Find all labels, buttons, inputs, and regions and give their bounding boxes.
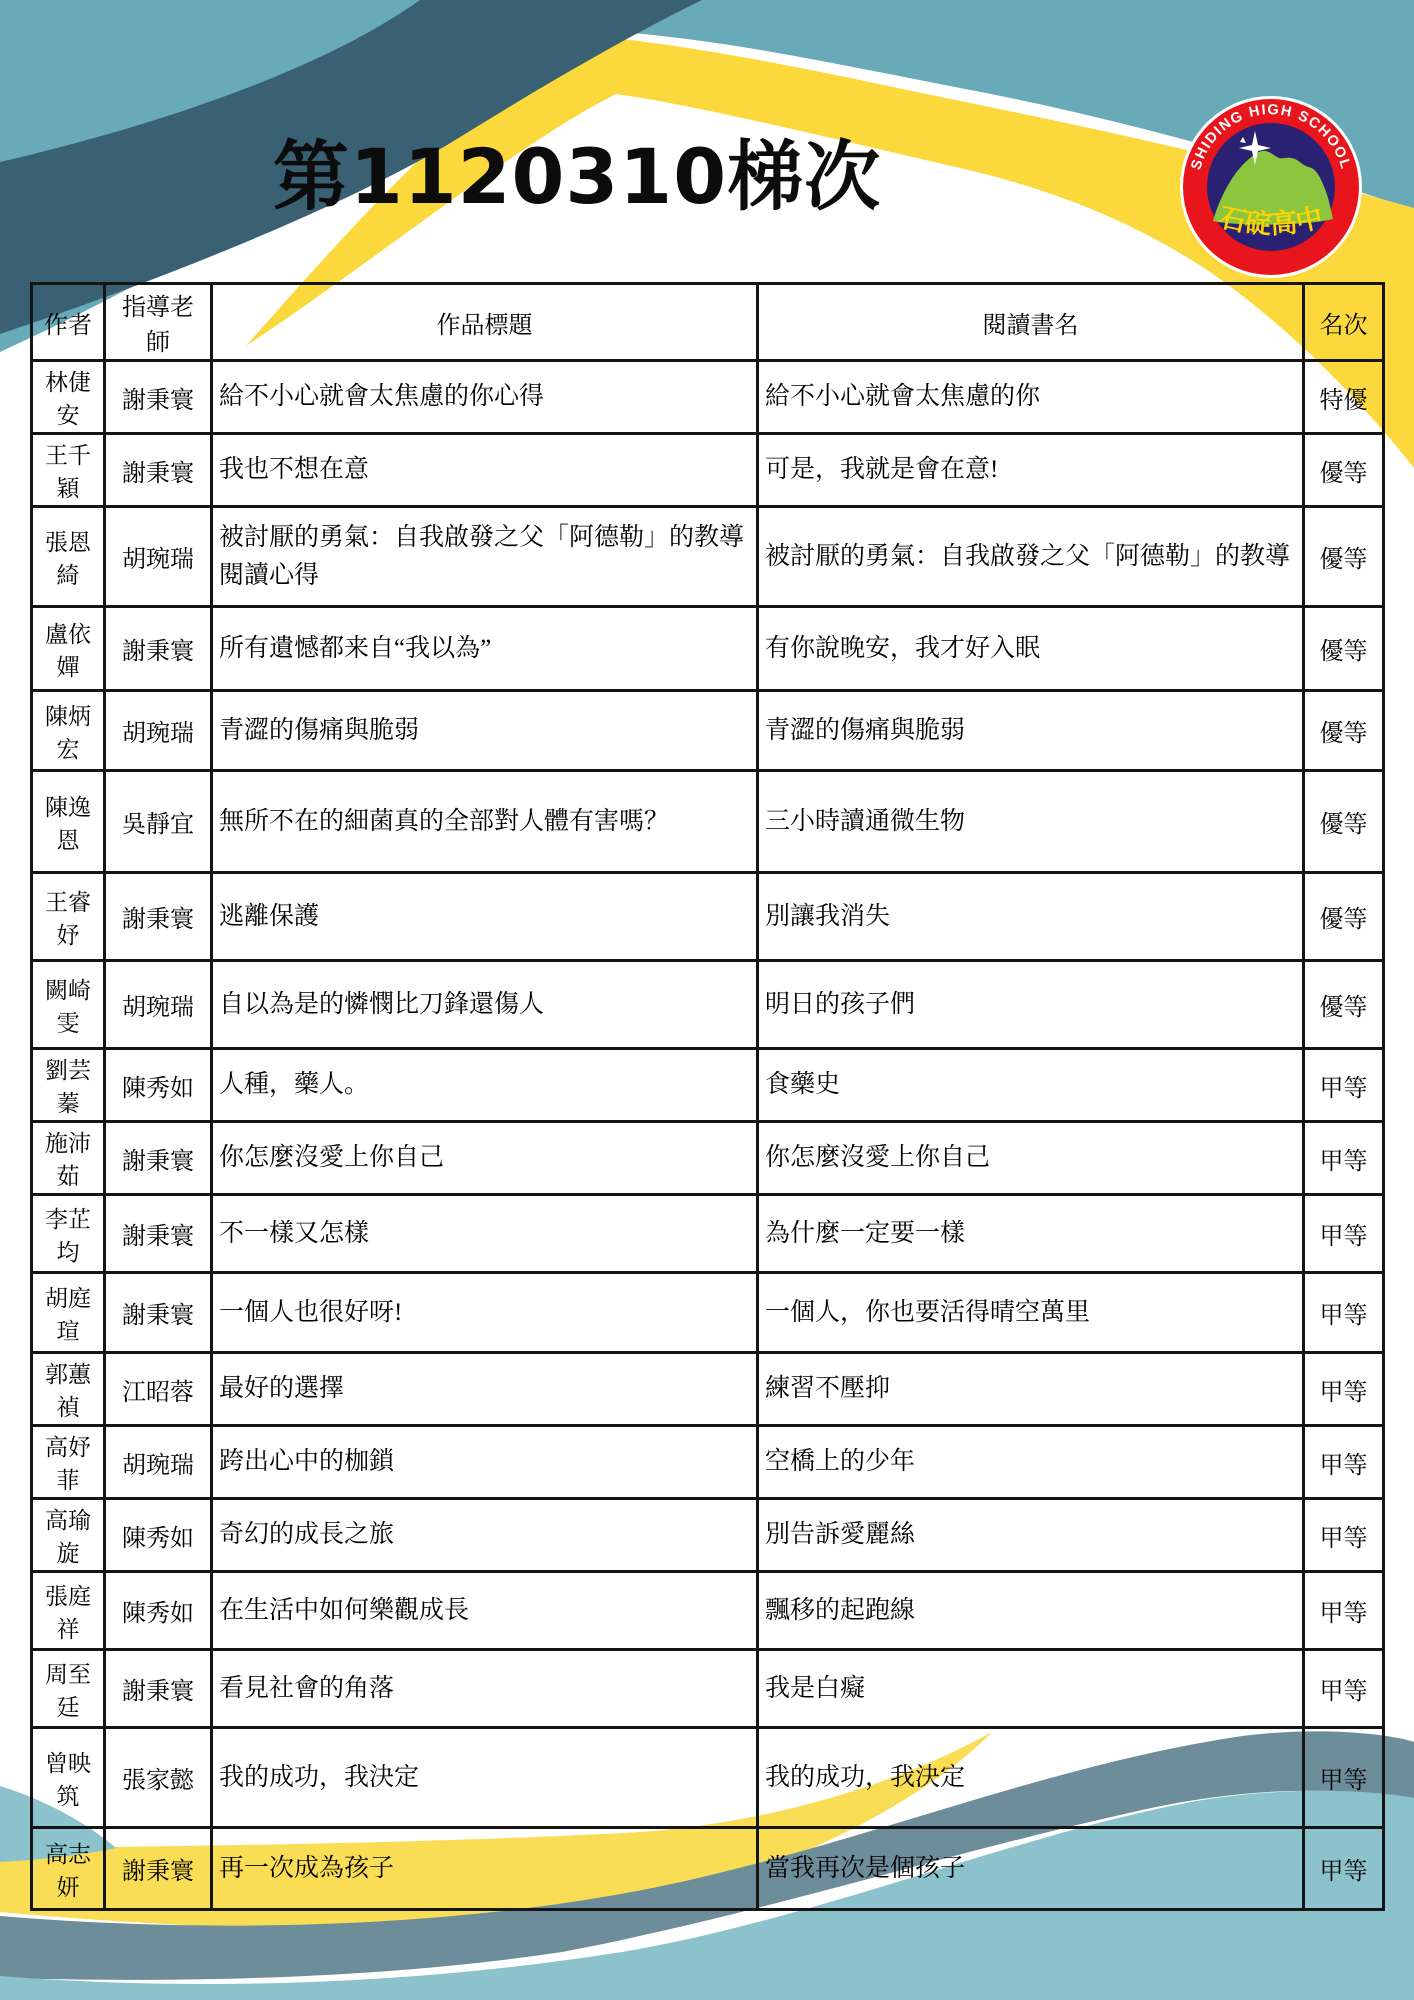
teacher-cell: 謝秉寰 bbox=[105, 1122, 212, 1195]
header-book-title: 閱讀書名 bbox=[758, 284, 1304, 361]
book-title-cell: 別讓我消失 bbox=[758, 873, 1304, 961]
book-title-cell: 我是白癡 bbox=[758, 1650, 1304, 1728]
table-row: 王千穎 謝秉寰 我也不想在意 可是，我就是會在意! 優等 bbox=[32, 434, 1384, 507]
table-row: 陳逸恩 吳靜宜 無所不在的細菌真的全部對人體有害嗎？ 三小時讀通微生物 優等 bbox=[32, 771, 1384, 873]
table-row: 陳炳宏 胡琬瑞 青澀的傷痛與脆弱 青澀的傷痛與脆弱 優等 bbox=[32, 691, 1384, 771]
author-cell: 胡庭瑄 bbox=[32, 1273, 105, 1353]
teacher-cell: 胡琬瑞 bbox=[105, 961, 212, 1049]
book-title-cell: 給不小心就會太焦慮的你 bbox=[758, 361, 1304, 434]
teacher-cell: 吳靜宜 bbox=[105, 771, 212, 873]
book-title-cell: 可是，我就是會在意! bbox=[758, 434, 1304, 507]
book-title-cell: 當我再次是個孩子 bbox=[758, 1828, 1304, 1910]
work-title-cell: 看見社會的角落 bbox=[212, 1650, 758, 1728]
author-cell: 劉芸蓁 bbox=[32, 1049, 105, 1122]
rank-cell: 優等 bbox=[1304, 961, 1384, 1049]
table-row: 闕崎雯 胡琬瑞 自以為是的憐憫比刀鋒還傷人 明日的孩子們 優等 bbox=[32, 961, 1384, 1049]
teacher-cell: 謝秉寰 bbox=[105, 434, 212, 507]
table-row: 曾映筑 張家懿 我的成功，我決定 我的成功，我決定 甲等 bbox=[32, 1728, 1384, 1828]
author-cell: 郭蕙禎 bbox=[32, 1353, 105, 1426]
author-cell: 周至廷 bbox=[32, 1650, 105, 1728]
rank-cell: 甲等 bbox=[1304, 1122, 1384, 1195]
teacher-cell: 陳秀如 bbox=[105, 1572, 212, 1650]
book-title-cell: 我的成功，我決定 bbox=[758, 1728, 1304, 1828]
work-title-cell: 跨出心中的枷鎖 bbox=[212, 1426, 758, 1499]
author-cell: 高志妍 bbox=[32, 1828, 105, 1910]
table-row: 張恩綺 胡琬瑞 被討厭的勇氣：自我啟發之父「阿德勒」的教導 閱讀心得 被討厭的勇… bbox=[32, 507, 1384, 607]
rank-cell: 甲等 bbox=[1304, 1728, 1384, 1828]
table-row: 劉芸蓁 陳秀如 人種，藥人。 食藥史 甲等 bbox=[32, 1049, 1384, 1122]
rank-cell: 特優 bbox=[1304, 361, 1384, 434]
teacher-cell: 謝秉寰 bbox=[105, 1195, 212, 1273]
table-row: 郭蕙禎 江昭蓉 最好的選擇 練習不壓抑 甲等 bbox=[32, 1353, 1384, 1426]
table-row: 高妤菲 胡琬瑞 跨出心中的枷鎖 空橋上的少年 甲等 bbox=[32, 1426, 1384, 1499]
rank-cell: 甲等 bbox=[1304, 1273, 1384, 1353]
teacher-cell: 胡琬瑞 bbox=[105, 507, 212, 607]
rank-cell: 優等 bbox=[1304, 607, 1384, 691]
author-cell: 曾映筑 bbox=[32, 1728, 105, 1828]
rank-cell: 甲等 bbox=[1304, 1572, 1384, 1650]
author-cell: 高瑜旋 bbox=[32, 1499, 105, 1572]
results-table: 作者 指導老師 作品標題 閱讀書名 名次 林倢安 謝秉寰 給不小心就會太焦慮的你… bbox=[30, 282, 1385, 1911]
table-row: 王睿妤 謝秉寰 逃離保護 別讓我消失 優等 bbox=[32, 873, 1384, 961]
book-title-cell: 為什麼一定要一樣 bbox=[758, 1195, 1304, 1273]
teacher-cell: 陳秀如 bbox=[105, 1049, 212, 1122]
author-cell: 施沛茹 bbox=[32, 1122, 105, 1195]
rank-cell: 甲等 bbox=[1304, 1049, 1384, 1122]
work-title-cell: 最好的選擇 bbox=[212, 1353, 758, 1426]
author-cell: 王睿妤 bbox=[32, 873, 105, 961]
book-title-cell: 三小時讀通微生物 bbox=[758, 771, 1304, 873]
table-row: 高志妍 謝秉寰 再一次成為孩子 當我再次是個孩子 甲等 bbox=[32, 1828, 1384, 1910]
work-title-cell: 青澀的傷痛與脆弱 bbox=[212, 691, 758, 771]
rank-cell: 優等 bbox=[1304, 434, 1384, 507]
school-logo: SHIDING HIGH SCHOOL 石碇高中 bbox=[1178, 94, 1364, 280]
header-work-title: 作品標題 bbox=[212, 284, 758, 361]
teacher-cell: 江昭蓉 bbox=[105, 1353, 212, 1426]
work-title-cell: 我的成功，我決定 bbox=[212, 1728, 758, 1828]
rank-cell: 優等 bbox=[1304, 691, 1384, 771]
page-title: 第1120310梯次 bbox=[0, 116, 1154, 225]
author-cell: 高妤菲 bbox=[32, 1426, 105, 1499]
rank-cell: 甲等 bbox=[1304, 1828, 1384, 1910]
teacher-cell: 謝秉寰 bbox=[105, 361, 212, 434]
author-cell: 張庭祥 bbox=[32, 1572, 105, 1650]
work-title-cell: 給不小心就會太焦慮的你心得 bbox=[212, 361, 758, 434]
book-title-cell: 明日的孩子們 bbox=[758, 961, 1304, 1049]
teacher-cell: 陳秀如 bbox=[105, 1499, 212, 1572]
rank-cell: 優等 bbox=[1304, 873, 1384, 961]
page: 第1120310梯次 SHIDING HIGH SCHOOL 石碇高中 作者 指… bbox=[0, 0, 1414, 2000]
teacher-cell: 謝秉寰 bbox=[105, 607, 212, 691]
header-row: 作者 指導老師 作品標題 閱讀書名 名次 bbox=[32, 284, 1384, 361]
rank-cell: 甲等 bbox=[1304, 1426, 1384, 1499]
rank-cell: 甲等 bbox=[1304, 1195, 1384, 1273]
work-title-cell: 人種，藥人。 bbox=[212, 1049, 758, 1122]
book-title-cell: 練習不壓抑 bbox=[758, 1353, 1304, 1426]
author-cell: 林倢安 bbox=[32, 361, 105, 434]
table-row: 張庭祥 陳秀如 在生活中如何樂觀成長 飄移的起跑線 甲等 bbox=[32, 1572, 1384, 1650]
table-row: 周至廷 謝秉寰 看見社會的角落 我是白癡 甲等 bbox=[32, 1650, 1384, 1728]
rank-cell: 甲等 bbox=[1304, 1353, 1384, 1426]
author-cell: 陳炳宏 bbox=[32, 691, 105, 771]
book-title-cell: 被討厭的勇氣：自我啟發之父「阿德勒」的教導 bbox=[758, 507, 1304, 607]
author-cell: 李芷均 bbox=[32, 1195, 105, 1273]
rank-cell: 優等 bbox=[1304, 771, 1384, 873]
work-title-cell: 無所不在的細菌真的全部對人體有害嗎？ bbox=[212, 771, 758, 873]
teacher-cell: 胡琬瑞 bbox=[105, 691, 212, 771]
book-title-cell: 空橋上的少年 bbox=[758, 1426, 1304, 1499]
author-cell: 盧依嬋 bbox=[32, 607, 105, 691]
author-cell: 陳逸恩 bbox=[32, 771, 105, 873]
work-title-cell: 逃離保護 bbox=[212, 873, 758, 961]
teacher-cell: 謝秉寰 bbox=[105, 1273, 212, 1353]
teacher-cell: 謝秉寰 bbox=[105, 1650, 212, 1728]
table-row: 林倢安 謝秉寰 給不小心就會太焦慮的你心得 給不小心就會太焦慮的你 特優 bbox=[32, 361, 1384, 434]
teacher-cell: 謝秉寰 bbox=[105, 1828, 212, 1910]
table-row: 胡庭瑄 謝秉寰 一個人也很好呀! 一個人，你也要活得晴空萬里 甲等 bbox=[32, 1273, 1384, 1353]
teacher-cell: 謝秉寰 bbox=[105, 873, 212, 961]
rank-cell: 甲等 bbox=[1304, 1499, 1384, 1572]
work-title-cell: 你怎麼沒愛上你自己 bbox=[212, 1122, 758, 1195]
work-title-cell: 奇幻的成長之旅 bbox=[212, 1499, 758, 1572]
table-row: 盧依嬋 謝秉寰 所有遺憾都来自“我以為” 有你說晚安，我才好入眠 優等 bbox=[32, 607, 1384, 691]
table-row: 高瑜旋 陳秀如 奇幻的成長之旅 別告訴愛麗絲 甲等 bbox=[32, 1499, 1384, 1572]
book-title-cell: 有你說晚安，我才好入眠 bbox=[758, 607, 1304, 691]
table-row: 施沛茹 謝秉寰 你怎麼沒愛上你自己 你怎麼沒愛上你自己 甲等 bbox=[32, 1122, 1384, 1195]
book-title-cell: 一個人，你也要活得晴空萬里 bbox=[758, 1273, 1304, 1353]
rank-cell: 優等 bbox=[1304, 507, 1384, 607]
work-title-cell: 不一樣又怎樣 bbox=[212, 1195, 758, 1273]
author-cell: 張恩綺 bbox=[32, 507, 105, 607]
work-title-cell: 自以為是的憐憫比刀鋒還傷人 bbox=[212, 961, 758, 1049]
teacher-cell: 張家懿 bbox=[105, 1728, 212, 1828]
work-title-cell: 在生活中如何樂觀成長 bbox=[212, 1572, 758, 1650]
book-title-cell: 食藥史 bbox=[758, 1049, 1304, 1122]
work-title-cell: 所有遺憾都来自“我以為” bbox=[212, 607, 758, 691]
header-rank: 名次 bbox=[1304, 284, 1384, 361]
work-title-cell: 一個人也很好呀! bbox=[212, 1273, 758, 1353]
author-cell: 闕崎雯 bbox=[32, 961, 105, 1049]
table-row: 李芷均 謝秉寰 不一樣又怎樣 為什麼一定要一樣 甲等 bbox=[32, 1195, 1384, 1273]
header-author: 作者 bbox=[32, 284, 105, 361]
book-title-cell: 青澀的傷痛與脆弱 bbox=[758, 691, 1304, 771]
rank-cell: 甲等 bbox=[1304, 1650, 1384, 1728]
author-cell: 王千穎 bbox=[32, 434, 105, 507]
work-title-cell: 被討厭的勇氣：自我啟發之父「阿德勒」的教導 閱讀心得 bbox=[212, 507, 758, 607]
work-title-cell: 再一次成為孩子 bbox=[212, 1828, 758, 1910]
header-teacher: 指導老師 bbox=[105, 284, 212, 361]
teacher-cell: 胡琬瑞 bbox=[105, 1426, 212, 1499]
book-title-cell: 飄移的起跑線 bbox=[758, 1572, 1304, 1650]
book-title-cell: 你怎麼沒愛上你自己 bbox=[758, 1122, 1304, 1195]
book-title-cell: 別告訴愛麗絲 bbox=[758, 1499, 1304, 1572]
work-title-cell: 我也不想在意 bbox=[212, 434, 758, 507]
